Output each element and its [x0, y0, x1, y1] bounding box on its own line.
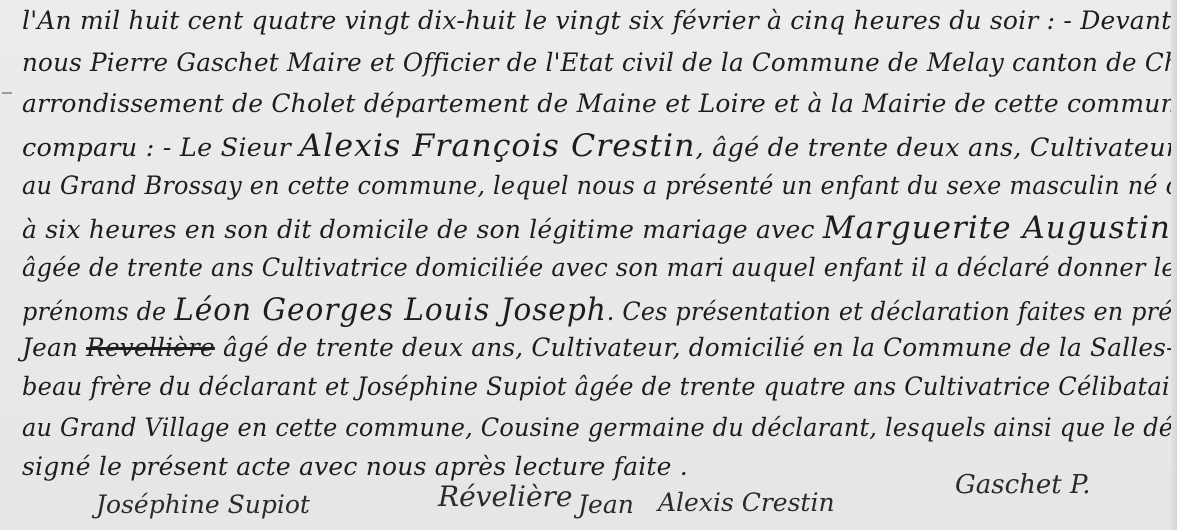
document-line-3: arrondissement de Cholet département de … [22, 89, 1177, 118]
scanned-document-page: l'An mil huit cent quatre vingt dix-huit… [0, 0, 1177, 530]
document-line-9: Jean Revellière âgé de trente deux ans, … [22, 333, 1177, 362]
declarant-name: Alexis François Crestin [299, 128, 695, 164]
line-text: âgé de trente deux ans, Cultivateur, dom… [215, 333, 1177, 362]
signature-gaschet: Gaschet P. [955, 470, 1091, 500]
document-line-12: signé le présent acte avec nous après le… [22, 452, 688, 481]
document-line-1: l'An mil huit cent quatre vingt dix-huit… [22, 6, 1171, 35]
line-text: prénoms de [22, 297, 174, 326]
line-text: signé le présent acte avec nous après le… [22, 452, 688, 481]
document-line-6: à six heures en son dit domicile de son … [22, 210, 1177, 246]
line-text: à six heures en son dit domicile de son … [22, 215, 823, 244]
mother-name: Marguerite Augustine Révelière [823, 210, 1177, 246]
document-line-5: au Grand Brossay en cette commune, leque… [22, 171, 1177, 200]
line-text: arrondissement de Cholet département de … [22, 89, 1177, 118]
document-line-4: comparu : - Le Sieur Alexis François Cre… [22, 128, 1177, 164]
document-line-10: beau frère du déclarant et Joséphine Sup… [22, 372, 1177, 401]
line-text: beau frère du déclarant et Joséphine Sup… [22, 372, 1177, 401]
signature-jean: Jean [578, 490, 634, 519]
line-text: au Grand Brossay en cette commune, leque… [22, 171, 1177, 200]
signature-reveliere: Révelière [438, 480, 572, 513]
document-line-2: nous Pierre Gaschet Maire et Officier de… [22, 48, 1177, 77]
document-line-11: au Grand Village en cette commune, Cousi… [22, 413, 1177, 442]
signature-josephine-supiot: Joséphine Supiot [96, 490, 310, 519]
struck-out-text: Revellière [86, 333, 215, 362]
page-edge [1171, 0, 1177, 530]
child-name: Léon Georges Louis Joseph [174, 292, 607, 328]
line-text: âgée de trente ans Cultivatrice domicili… [22, 253, 1177, 282]
line-text: comparu : - Le Sieur [22, 133, 299, 162]
line-text: , âgé de trente deux ans, Cultivateur, d… [696, 133, 1177, 162]
line-text: . Ces présentation et déclaration faites… [607, 297, 1177, 326]
margin-mark [2, 92, 12, 94]
line-text: au Grand Village en cette commune, Cousi… [22, 413, 1177, 442]
line-text: nous Pierre Gaschet Maire et Officier de… [22, 48, 1177, 77]
line-text: l'An mil huit cent quatre vingt dix-huit… [22, 6, 1171, 35]
signature-alexis-crestin: Alexis Crestin [658, 488, 835, 517]
line-text: Jean [22, 333, 86, 362]
document-line-8: prénoms de Léon Georges Louis Joseph. Ce… [22, 292, 1177, 328]
document-line-7: âgée de trente ans Cultivatrice domicili… [22, 253, 1177, 282]
